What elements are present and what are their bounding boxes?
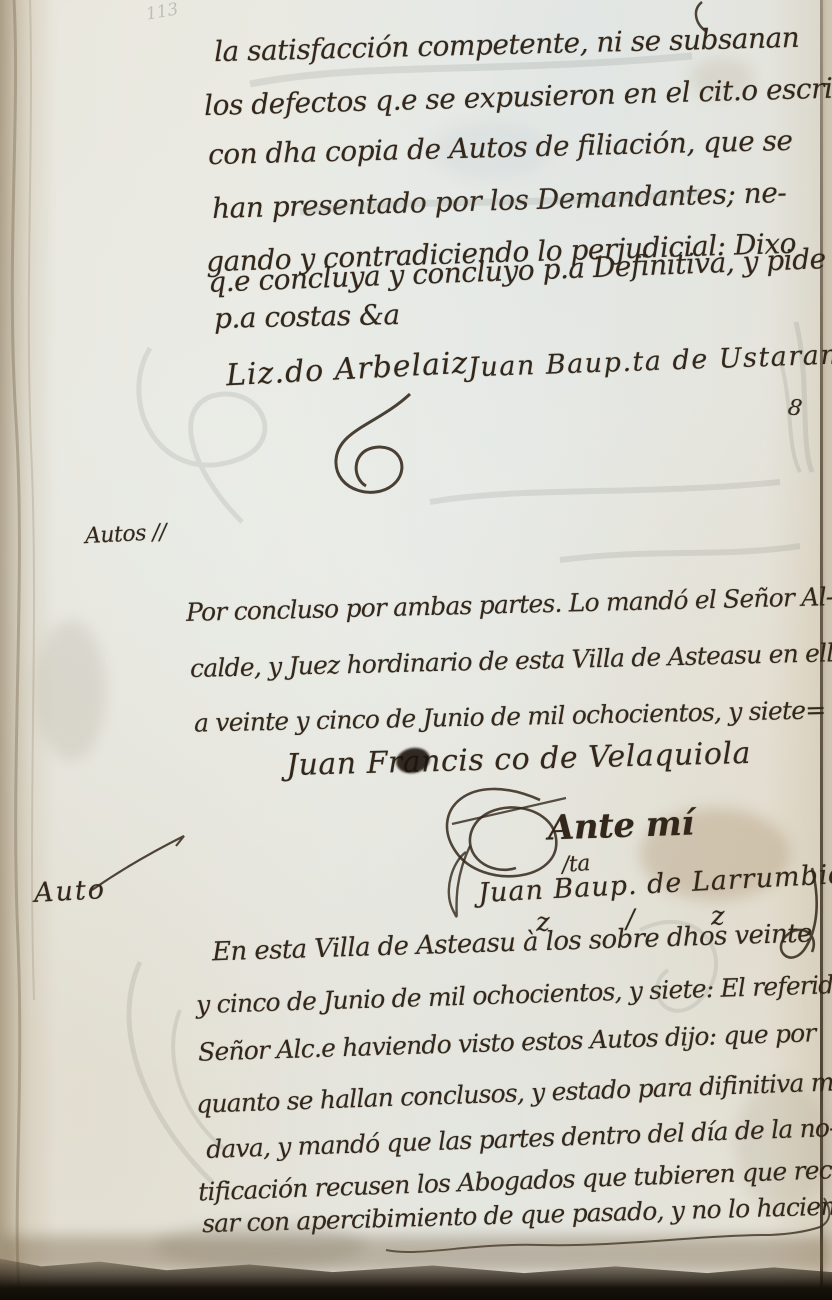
paper-stain [36, 620, 106, 760]
signature-arbelaiz: Liz.do Arbelaiz [225, 346, 469, 394]
signature-ustaran: Juan Baup.ta de Ustaran [468, 340, 832, 384]
signature-rubric: 8 [786, 395, 803, 422]
margin-note-autos: Autos // [84, 520, 166, 549]
manuscript-line: han presentado por los Demandantes; ne- [212, 176, 787, 225]
signature-velaquiola: Juan Francis co de Velaquiola [286, 736, 752, 783]
manuscript-line: Por concluso por ambas partes. Lo mandó … [186, 582, 832, 627]
manuscript-page: 113 la satisfacción competente, ni se su… [0, 0, 832, 1300]
ante-mi-label: Ante mí [547, 803, 694, 848]
manuscript-line: y cinco de Junio de mil ochocientos, y s… [196, 970, 832, 1019]
manuscript-line: p.a costas &a [214, 298, 400, 335]
manuscript-line: a veinte y cinco de Junio de mil ochocie… [194, 695, 826, 737]
margin-note-auto: Auto [33, 874, 107, 909]
ante-mi-flourish [447, 789, 556, 876]
manuscript-line: los defectos q.e se expusieron en el cit… [204, 71, 832, 122]
folio-number-ghost: 113 [145, 0, 180, 25]
ante-mi-flourish [449, 846, 470, 916]
manuscript-line: quanto se hallan conclusos, y estado par… [196, 1066, 832, 1119]
auto-flourish [92, 836, 184, 890]
manuscript-line: calde, y Juez hordinario de esta Villa d… [190, 638, 832, 683]
manuscript-line: Señor Alc.e haviendo visto estos Autos d… [198, 1018, 816, 1066]
rubric-flourish-arbelaiz [336, 394, 410, 492]
manuscript-line: En esta Villa de Asteasu à los sobre dho… [212, 919, 813, 968]
